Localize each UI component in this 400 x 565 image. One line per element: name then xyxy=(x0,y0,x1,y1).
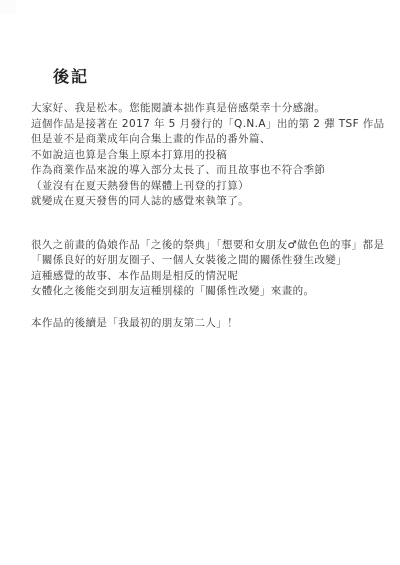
afterword-page: 後記 大家好、我是松本。您能閱讀本拙作真是倍感榮幸十分感謝。 這個作品是接著在 … xyxy=(0,0,400,565)
text-line: （並沒有在夏天熱發售的媒體上刊登的打算） xyxy=(31,179,376,195)
paragraph: 大家好、我是松本。您能閱讀本拙作真是倍感榮幸十分感謝。 這個作品是接著在 201… xyxy=(31,101,376,210)
text-line: 本作品的後續是「我最初的朋友第二人」！ xyxy=(31,316,376,332)
scan-artifact xyxy=(0,0,16,14)
text-line: 但是並不是商業成年向合集上畫的作品的番外篇、 xyxy=(31,132,376,148)
paragraph: 本作品的後續是「我最初的朋友第二人」！ xyxy=(31,316,376,332)
text-line: 很久之前畫的偽娘作品「之後的祭典」「想要和女朋友♂做色色的事」都是 xyxy=(31,238,376,254)
page-title: 後記 xyxy=(53,64,89,87)
afterword-body: 大家好、我是松本。您能閱讀本拙作真是倍感榮幸十分感謝。 這個作品是接著在 201… xyxy=(31,101,376,331)
text-line: 這種感覺的故事、本作品則是相反的情況呢 xyxy=(31,269,376,285)
text-line: 作為商業作品來說的導入部分太長了、而且故事也不符合季節 xyxy=(31,163,376,179)
text-line: 就變成在夏天發售的同人誌的感覺來執筆了。 xyxy=(31,194,376,210)
text-line: 不如說這也算是合集上原本打算用的投稿 xyxy=(31,148,376,164)
text-line: 大家好、我是松本。您能閱讀本拙作真是倍感榮幸十分感謝。 xyxy=(31,101,376,117)
text-line: 「關係良好的好朋友圈子、一個人女裝後之間的關係性發生改變」 xyxy=(31,253,376,269)
text-line: 女體化之後能交到朋友這種別樣的「關係性改變」來畫的。 xyxy=(31,284,376,300)
text-line: 這個作品是接著在 2017 年 5 月發行的「Q.N.A」出的第 2 彈 TSF… xyxy=(31,117,376,133)
paragraph: 很久之前畫的偽娘作品「之後的祭典」「想要和女朋友♂做色色的事」都是 「關係良好的… xyxy=(31,238,376,300)
